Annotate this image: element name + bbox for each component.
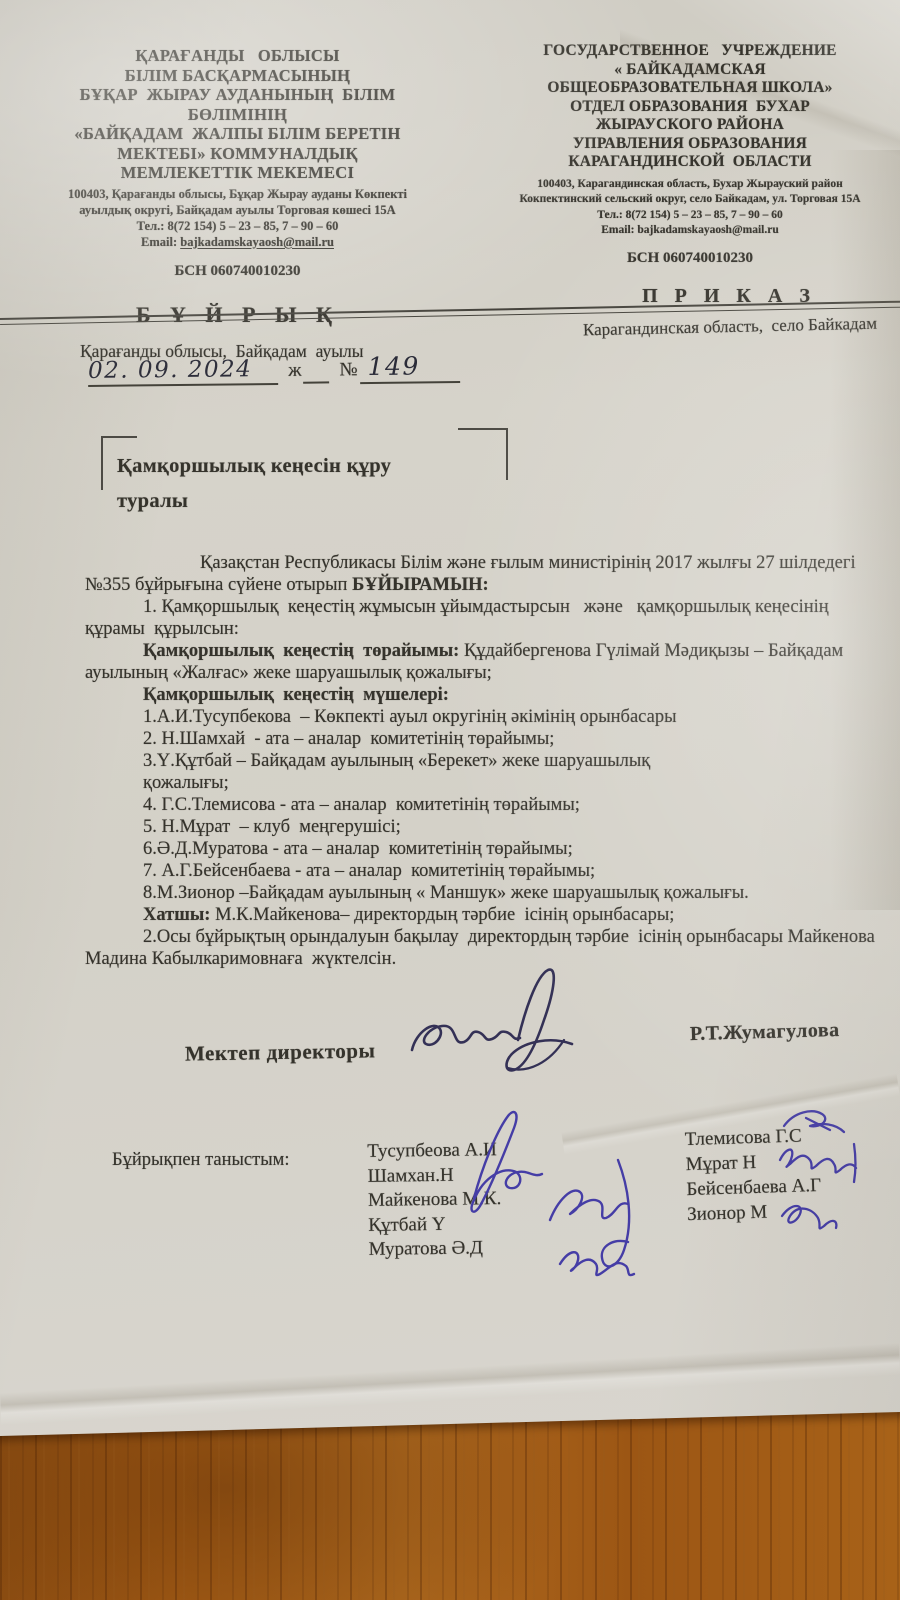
title-corner-mark-right [458,428,508,480]
member-item: 5. Н.Мұрат – клуб меңгерушісі; [143,816,885,838]
phone-line: Тел.: 8(72 154) 5 – 23 – 85, 7 – 90 – 60 [500,208,880,224]
members-label-text: Қамқоршылық кеңестің мүшелері: [143,685,449,705]
director-name: Р.Т.Жумагулова [690,1019,840,1046]
paragraph-point1: 1. Қамқоршылық кеңестің жұмысын ұйымдаст… [85,596,885,640]
year-letter: ж [288,360,301,382]
member-item: 6.Ә.Д.Муратова - ата – аналар комитетіні… [143,838,885,860]
underline-gap [303,359,329,383]
address-line: 100403, Карагандинская область, Бухар Жы… [500,177,880,193]
email-label: Email: [601,224,637,236]
bsn-number: БСН 060740010230 [500,250,880,267]
org-name-line: БҰҚАР ЖЫРАУ АУДАНЫНЫҢ БІЛІМ [55,85,420,105]
org-name-line: МЕКТЕБІ» КОММУНАЛДЫҚ [55,144,420,164]
members-label: Қамқоршылық кеңестің мүшелері: [85,684,885,706]
member-item: 3.Ү.Құтбай – Байқадам ауылының «Берекет»… [143,750,703,794]
member-item: 1.А.И.Тусупбекова – Көкпекті ауыл округі… [143,706,885,728]
paper-shade-right [830,150,900,910]
member-item: 7. А.Г.Бейсенбаева - ата – аналар комите… [143,860,885,882]
paragraph-chair: Қамқоршылық кеңестің төрайымы: Құдайберг… [85,640,885,684]
bsn-number: БСН 060740010230 [55,263,420,280]
member-item: 8.М.Зионор –Байқадам ауылының « Маншук» … [143,882,885,904]
address-line: ауылдық округі, Байқадам ауылы Торговая … [55,202,420,218]
org-name-line: БІЛІМ БАСҚАРМАСЫНЫҢ [55,66,420,86]
order-document-sheet: ҚАРАҒАНДЫ ОБЛЫСЫ БІЛІМ БАСҚАРМАСЫНЫҢ БҰҚ… [0,0,900,1436]
acknowledgement-label: Бұйрықпен таныстым: [112,1150,290,1171]
director-role-label: Мектеп директоры [185,1038,376,1066]
order-body: Қазақстан Республикасы Білім және ғылым … [85,552,885,970]
paper-crease-top-right [620,0,900,170]
members-list: 1.А.И.Тусупбекова – Көкпекті ауыл округі… [143,706,885,904]
chair-label: Қамқоршылық кеңестің төрайымы: [143,641,459,661]
email-line: Email: bajkadamskayaosh@mail.ru [500,223,880,239]
phone-line: Тел.: 8(72 154) 5 – 23 – 85, 7 – 90 – 60 [55,218,420,234]
paragraph-basis: Қазақстан Республикасы Білім және ғылым … [85,552,885,596]
order-verb: БҰЙЫРАМЫН: [352,575,489,595]
secretary-text: М.К.Майкенова– директордың тәрбие ісінің… [210,905,674,925]
date-number-line: 02. 09. 2024ж №149 [88,351,460,387]
address-line: 100403, Қарағанды облысы, Бұқар Жырау ау… [55,186,420,202]
secretary-label: Хатшы: [143,905,210,925]
director-signature [400,962,590,1097]
paragraph-secretary: Хатшы: М.К.Майкенова– директордың тәрбие… [85,904,885,926]
org-name-line: МЕМЛЕКЕТТІК МЕКЕМЕСІ [55,163,420,183]
org-name-line: «БАЙҚАДАМ ЖАЛПЫ БІЛІМ БЕРЕТІН [55,124,420,144]
email-address: bajkadamskayaosh@mail.ru [180,235,334,249]
member-item: 4. Г.С.Тлемисова - ата – аналар комитеті… [143,794,885,816]
handwritten-order-number: 149 [359,351,460,384]
paper-crease-bottom [0,1336,900,1425]
email-line: Email: bajkadamskayaosh@mail.ru [55,234,420,250]
document-photo: ҚАРАҒАНДЫ ОБЛЫСЫ БІЛІМ БАСҚАРМАСЫНЫҢ БҰҚ… [0,0,900,1600]
org-name-line: БӨЛІМІНІҢ [55,105,420,125]
email-address: bajkadamskayaosh@mail.ru [637,224,778,236]
header-left-kazakh: ҚАРАҒАНДЫ ОБЛЫСЫ БІЛІМ БАСҚАРМАСЫНЫҢ БҰҚ… [55,46,420,328]
order-title: Қамқоршылық кеңесін құру туралы [117,449,447,519]
email-label: Email: [141,235,180,249]
member-item: 2. Н.Шамхай - ата – аналар комитетінің т… [143,728,885,750]
org-name-line: ҚАРАҒАНДЫ ОБЛЫСЫ [55,46,420,66]
address-line: Кокпектинский сельский округ, село Байка… [500,192,880,208]
handwritten-date: 02. 09. 2024 [88,356,279,387]
number-sign: № [339,359,357,381]
